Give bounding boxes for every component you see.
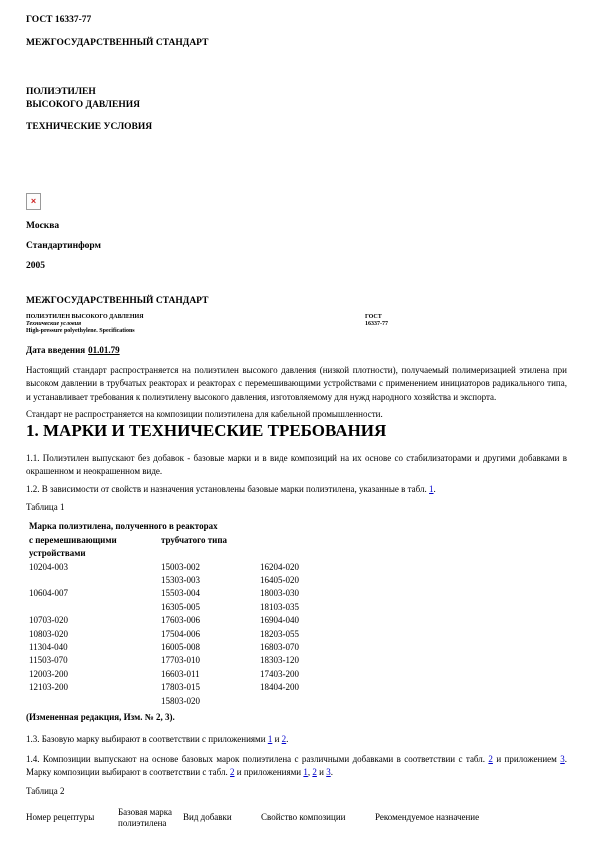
mark-cell: 16204-020	[260, 561, 567, 574]
mark-cell: 11503-070	[29, 654, 161, 667]
table2-col-recommended-use: Рекомендуемое назначение	[375, 812, 567, 823]
mark-cell: 15803-020	[161, 695, 260, 708]
table1: Марка полиэтилена, полученного в реактор…	[29, 520, 567, 708]
mark-cell: 16904-040	[260, 614, 567, 627]
table-row: 12003-20016603-01117403-200	[29, 668, 567, 681]
mark-cell	[29, 601, 161, 614]
mark-cell: 18404-200	[260, 681, 567, 694]
mark-cell: 17403-200	[260, 668, 567, 681]
gost-number: 16337-77	[365, 321, 388, 328]
gost-label: ГОСТ	[365, 314, 388, 321]
para-1-3: 1.3. Базовую марку выбирают в соответств…	[26, 733, 567, 746]
mark-cell: 12003-200	[29, 668, 161, 681]
doc-title: ПОЛИЭТИЛЕН ВЫСОКОГО ДАВЛЕНИЯ	[26, 86, 567, 112]
publisher-city: Москва	[26, 220, 567, 232]
table2-col-recipe-number: Номер рецептуры	[26, 812, 118, 823]
mark-cell: 12103-200	[29, 681, 161, 694]
effective-date-label: Дата введения	[26, 345, 85, 355]
text-segment: .	[286, 734, 288, 744]
scope-note: Стандарт не распространяется на композиц…	[26, 408, 567, 421]
table2-caption: Таблица 2	[26, 785, 567, 798]
standard-type-mid: МЕЖГОСУДАРСТВЕННЫЙ СТАНДАРТ	[26, 295, 567, 307]
table-row: 11304-04016005-00816803-070	[29, 641, 567, 654]
doc-title-line1: ПОЛИЭТИЛЕН	[26, 86, 567, 99]
table-row: 11503-07017703-01018303-120	[29, 654, 567, 667]
table2-col-base-mark-line1: Базовая марка	[118, 807, 183, 818]
publish-year: 2005	[26, 260, 567, 272]
title-block-name-en: High-pressure polyethylene. Specificatio…	[26, 328, 567, 335]
doc-number: ГОСТ 16337-77	[26, 14, 567, 26]
mark-cell: 10803-020	[29, 628, 161, 641]
mark-cell	[29, 695, 161, 708]
mark-cell: 18303-120	[260, 654, 567, 667]
title-block: ПОЛИЭТИЛЕН ВЫСОКОГО ДАВЛЕНИЯ Технические…	[26, 314, 567, 335]
table2-col-base-mark: Базовая марка полиэтилена	[118, 807, 183, 829]
mark-cell: 18103-035	[260, 601, 567, 614]
mark-cell: 11304-040	[29, 641, 161, 654]
title-block-name-ru: ПОЛИЭТИЛЕН ВЫСОКОГО ДАВЛЕНИЯ	[26, 314, 567, 321]
publisher-name: Стандартинформ	[26, 240, 567, 252]
doc-title-line2: ВЫСОКОГО ДАВЛЕНИЯ	[26, 99, 567, 112]
table-row: 10204-00315003-00216204-020	[29, 561, 567, 574]
text-segment: 1.2. В зависимости от свойств и назначен…	[26, 484, 429, 494]
table-row: 10803-02017504-00618203-055	[29, 628, 567, 641]
mark-cell: 10703-020	[29, 614, 161, 627]
table1-header: Марка полиэтилена, полученного в реактор…	[29, 520, 567, 533]
table1-subheader: с перемешивающими устройствами трубчатог…	[29, 534, 567, 561]
intro-paragraph: Настоящий стандарт распространяется на п…	[26, 364, 567, 404]
table2-header-row: Номер рецептуры Базовая марка полиэтилен…	[26, 807, 567, 829]
mark-cell: 16405-020	[260, 574, 567, 587]
para-1-4: 1.4. Композиции выпускают на основе базо…	[26, 753, 567, 780]
table1-col2-header: трубчатого типа	[161, 534, 567, 561]
mark-cell: 10604-007	[29, 587, 161, 600]
doc-subtitle: ТЕХНИЧЕСКИЕ УСЛОВИЯ	[26, 121, 567, 133]
amendment-note: (Измененная редакция, Изм. № 2, 3).	[26, 711, 567, 724]
mark-cell: 17803-015	[161, 681, 260, 694]
mark-cell: 15303-003	[161, 574, 260, 587]
text-segment: и приложениями	[235, 767, 304, 777]
document-page: ГОСТ 16337-77 МЕЖГОСУДАРСТВЕННЫЙ СТАНДАР…	[0, 0, 595, 829]
broken-image-icon: ×	[26, 193, 41, 210]
mark-cell: 18003-030	[260, 587, 567, 600]
text-segment: 1.3. Базовую марку выбирают в соответств…	[26, 734, 268, 744]
mark-cell: 18203-055	[260, 628, 567, 641]
mark-cell: 10204-003	[29, 561, 161, 574]
text-segment: 1.4. Композиции выпускают на основе базо…	[26, 754, 488, 764]
mark-cell	[29, 574, 161, 587]
mark-cell: 17504-006	[161, 628, 260, 641]
para-1-1: 1.1. Полиэтилен выпускают без добавок - …	[26, 452, 567, 479]
mark-cell: 15003-002	[161, 561, 260, 574]
table-row: 15303-00316405-020	[29, 574, 567, 587]
table-row: 15803-020	[29, 695, 567, 708]
table2-col-base-mark-line2: полиэтилена	[118, 818, 183, 829]
title-block-gost: ГОСТ 16337-77	[365, 314, 388, 328]
text-segment: .	[331, 767, 333, 777]
mark-cell: 16005-008	[161, 641, 260, 654]
table-row: 10703-02017603-00616904-040	[29, 614, 567, 627]
text-segment: и	[317, 767, 326, 777]
mark-cell: 17603-006	[161, 614, 260, 627]
table1-col1-header: с перемешивающими устройствами	[29, 534, 161, 561]
mark-cell: 16803-070	[260, 641, 567, 654]
mark-cell: 17703-010	[161, 654, 260, 667]
mark-cell: 16305-005	[161, 601, 260, 614]
mark-cell: 15503-004	[161, 587, 260, 600]
text-segment: и приложением	[493, 754, 560, 764]
para-1-2: 1.2. В зависимости от свойств и назначен…	[26, 483, 567, 496]
table1-caption: Таблица 1	[26, 501, 567, 514]
text-segment: .	[434, 484, 436, 494]
table-row: 16305-00518103-035	[29, 601, 567, 614]
effective-date-line: Дата введения01.01.79	[26, 344, 567, 356]
table2-col-additive-type: Вид добавки	[183, 812, 261, 823]
broken-image-x-icon: ×	[31, 197, 36, 206]
mark-cell: 16603-011	[161, 668, 260, 681]
table1-body: 10204-00315003-00216204-02015303-0031640…	[29, 561, 567, 708]
table-row: 10604-00715503-00418003-030	[29, 587, 567, 600]
table-row: 12103-20017803-01518404-200	[29, 681, 567, 694]
mark-cell	[260, 695, 567, 708]
title-block-subtitle-ru: Технические условия	[26, 321, 567, 328]
effective-date-link[interactable]: 01.01.79	[88, 345, 120, 355]
title-block-left: ПОЛИЭТИЛЕН ВЫСОКОГО ДАВЛЕНИЯ Технические…	[26, 314, 567, 335]
table2-col-composition-property: Свойство композиции	[261, 812, 375, 823]
standard-type-top: МЕЖГОСУДАРСТВЕННЫЙ СТАНДАРТ	[26, 37, 567, 49]
text-segment: и	[272, 734, 281, 744]
section-1-heading: 1. МАРКИ И ТЕХНИЧЕСКИЕ ТРЕБОВАНИЯ	[26, 421, 567, 440]
